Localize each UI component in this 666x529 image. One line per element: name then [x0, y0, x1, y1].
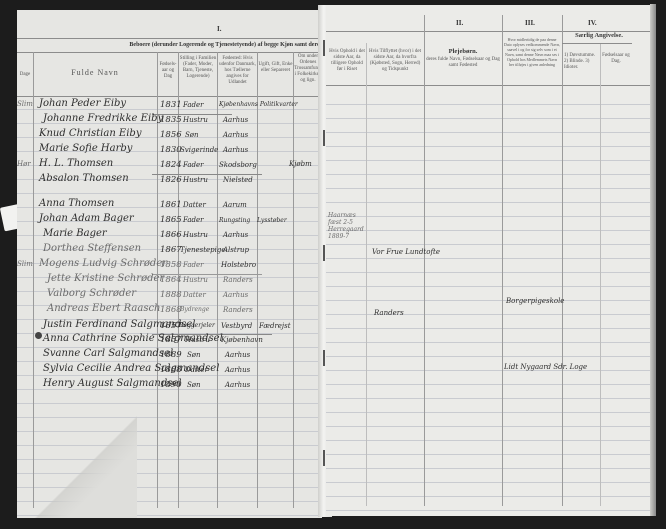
- row-name: Absalon Thomsen: [39, 173, 129, 184]
- row-extra: Lysstøber: [257, 217, 287, 224]
- divider: [562, 43, 632, 44]
- row-name: Mogens Ludvig Schrøder: [39, 258, 167, 269]
- col-divider: [600, 43, 601, 506]
- row-position: Tjenestepige: [180, 246, 226, 254]
- row-year: 1826: [160, 175, 182, 185]
- row-year: 1830: [160, 145, 182, 155]
- row-birthplace: Randers: [223, 276, 253, 284]
- row-name: Johanne Fredrikke Eiby: [43, 113, 163, 124]
- row-year: 1890: [160, 380, 182, 390]
- section-number-iv: IV.: [588, 19, 597, 27]
- row-position: Baggerjeler: [179, 322, 215, 329]
- row-year: 1866: [160, 230, 182, 240]
- row-position: Hustru: [183, 116, 208, 124]
- row-year: 1888: [160, 290, 182, 300]
- row-year: 1888: [160, 365, 182, 375]
- binding-staple: [323, 130, 325, 146]
- row-position: Fader: [183, 216, 204, 224]
- row-position: Datter: [183, 291, 206, 299]
- row-year: 1861: [160, 200, 182, 210]
- header-bottom-rule: [17, 96, 322, 97]
- row-position: Hustru: [185, 336, 210, 344]
- row-position: Søn: [185, 131, 199, 139]
- col-header-dage: Dage: [17, 72, 33, 78]
- row-year: 1889: [160, 350, 182, 360]
- row-birthplace: Holstebro: [221, 261, 256, 269]
- col-header-iv-fodselsaar: Fødselsaar og Dag.: [602, 53, 630, 65]
- col-divider: [293, 52, 294, 508]
- plejeborn-title: Plejebørn.: [426, 49, 500, 55]
- annotation-tilflyttet: Randers: [374, 309, 404, 317]
- page-edge: [650, 4, 656, 516]
- row-year: 1857: [160, 335, 182, 345]
- row-year: 1856: [160, 130, 182, 140]
- row-year: 1867: [160, 245, 182, 255]
- saerlig-angivelse-title: Særlig Angivelse.: [564, 33, 634, 39]
- binding-staple: [323, 40, 325, 56]
- row-name: H. L. Thomsen: [39, 158, 113, 169]
- row-birthplace: Aarhus: [225, 351, 250, 359]
- row-name: Anna Thomsen: [39, 198, 114, 209]
- row-name: Svanne Carl Salgmandsel: [43, 348, 173, 359]
- row-birthplace: Skodsborg: [219, 161, 257, 169]
- row-birthplace: Vestbyrd: [221, 322, 252, 330]
- ruled-lines: [326, 91, 650, 516]
- row-position: Hustru: [183, 176, 208, 184]
- row-birthplace: Aarhus: [223, 116, 248, 124]
- row-name: Johan Adam Bager: [39, 213, 134, 224]
- binding-staple: [323, 245, 325, 261]
- row-name: Johan Peder Eiby: [39, 98, 126, 109]
- page-fold: [17, 410, 137, 518]
- col-divider: [217, 52, 218, 508]
- col-header-fodested: Fødested: Hvis udenfor Danmark, hos Tæll…: [218, 56, 257, 86]
- row-birthplace: Rungsting: [219, 217, 250, 224]
- row-birthplace: Kjøbenhavn: [221, 336, 263, 344]
- row-year: 1835: [160, 115, 182, 125]
- row-year: 1824: [160, 160, 182, 170]
- plejeborn-subtitle: deres fulde Navn, Fødselsaar og Dag samt…: [426, 57, 500, 69]
- row-position: Fader: [183, 161, 204, 169]
- row-position: Datter: [183, 201, 206, 209]
- annotation-section-iii: Lidt Nygaard Sdr. Loge: [504, 363, 587, 371]
- col-header-tilflyttet: Hvis Tilflyttet (hvor) i det sidste Aar,…: [368, 49, 422, 73]
- row-extra: Kjøbm: [289, 160, 312, 168]
- row-birthplace: Aarhus: [225, 366, 250, 374]
- col-header-stilling: Stilling i Familien (Fader, Moder, Barn,…: [179, 56, 217, 80]
- row-mark: Hør: [17, 160, 31, 168]
- row-mark: Slim: [17, 260, 33, 268]
- row-birthplace: Aarhus: [223, 231, 248, 239]
- row-position: Svigerinde: [180, 146, 218, 154]
- col-divider: [562, 15, 563, 506]
- section-header: Beboere (derunder Logerende og Tjenestet…: [112, 42, 322, 48]
- row-name: Marie Bager: [43, 228, 107, 239]
- row-position: Søn: [187, 351, 201, 359]
- row-year: 1858: [160, 260, 182, 270]
- left-page: I. Beboere (derunder Logerende og Tjenes…: [17, 10, 322, 518]
- row-birthplace: Aarum: [223, 201, 247, 209]
- binding-staple: [323, 450, 325, 466]
- row-name: Marie Sofie Harby: [39, 143, 132, 154]
- row-position: Fader: [183, 261, 204, 269]
- header-bottom-rule: [326, 85, 650, 86]
- row-position: Hustru: [183, 276, 208, 284]
- col-header-disabilities: 1) Døvstumme. 2) Blinde. 3) Idioter.: [564, 53, 600, 71]
- row-year: 1864: [160, 275, 182, 285]
- row-position: Bydrenge: [180, 306, 209, 313]
- row-birthplace: Randers: [223, 306, 253, 314]
- col-divider: [257, 52, 258, 508]
- section-number-ii: II.: [456, 19, 463, 27]
- divider: [17, 52, 322, 53]
- ink-blot: [35, 332, 42, 339]
- row-name: Valborg Schrøder: [47, 288, 136, 299]
- col-header-fulde-navn: Fulde Navn: [33, 70, 157, 76]
- annotation-section-iii: Borgerpigeskole: [506, 297, 564, 305]
- divider: [17, 38, 322, 39]
- row-birthplace: Alstrup: [223, 246, 249, 254]
- col-divider: [502, 15, 503, 506]
- row-position: Datter: [185, 366, 208, 374]
- row-year: 1868: [160, 305, 182, 315]
- row-year: 1831: [160, 100, 182, 110]
- col-header-fodselsaar: Fødsels-aar og Dag: [158, 62, 178, 80]
- section-iii-text: Hvor midlertidig de paa denne Dato oplys…: [504, 37, 560, 67]
- col-header-opholdt: Hvis Ophold i det sidste Aar, da tillige…: [328, 49, 366, 73]
- annotation-tilflyttet: Vor Frue Lundtofte: [372, 248, 440, 256]
- row-position: Søn: [187, 381, 201, 389]
- row-birthplace: Nielsted: [223, 176, 253, 184]
- row-name: Knud Christian Eiby: [39, 128, 141, 139]
- col-divider: [366, 43, 367, 506]
- col-divider: [424, 15, 425, 506]
- row-name: Dorthea Steffensen: [43, 243, 141, 254]
- row-mark: Slim: [17, 100, 33, 108]
- row-position: Hustru: [183, 231, 208, 239]
- right-page: Hvis Ophold i det sidste Aar, da tillige…: [326, 5, 650, 516]
- binding-staple: [323, 350, 325, 366]
- row-position: Fader: [183, 101, 204, 109]
- row-name: Andreas Ebert Raasch: [47, 303, 161, 314]
- row-birthplace: Aarhus: [225, 381, 250, 389]
- col-header-aegteskab: Ugift, Gift, Enke eller Separeret: [258, 62, 293, 74]
- row-name: Jette Kristine Schrøder: [47, 273, 164, 284]
- row-birthplace: Aarhus: [223, 131, 248, 139]
- row-birthplace: Aarhus: [223, 146, 248, 154]
- row-birthplace: Aarhus: [223, 291, 248, 299]
- row-birthplace: Kjøbenhavns Politikvarter: [219, 101, 298, 108]
- section-number-iii: III.: [525, 19, 535, 27]
- row-year: 1865: [160, 215, 182, 225]
- annotation-opholdt: Haarnæs fæst 2-5 Herregaard 1889-7: [328, 212, 366, 240]
- section-number-i: I.: [217, 25, 221, 33]
- row-extra: Fædrejst: [259, 322, 291, 330]
